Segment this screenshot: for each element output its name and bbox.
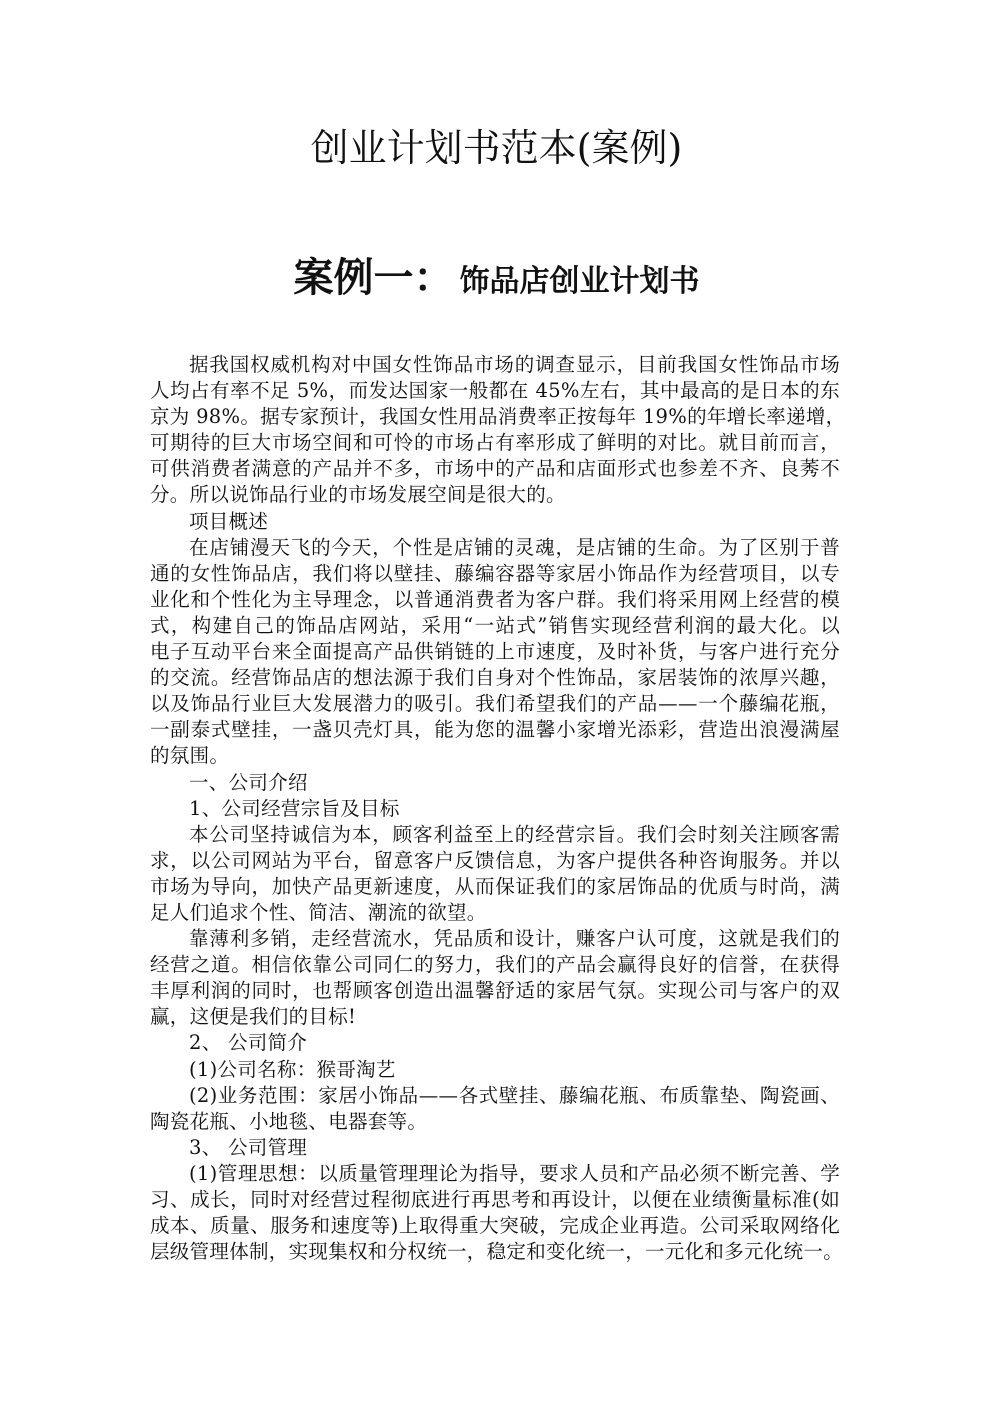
body-line: 分。所以说饰品行业的市场发展空间是很大的。 [150,482,840,508]
body-line: 陶瓷花瓶、小地毯、电器套等。 [150,1109,840,1135]
body-line: 市场为导向，加快产品更新速度，从而保证我们的家居饰品的优质与时尚，满 [150,874,840,900]
body-line: 在店铺漫天飞的今天，个性是店铺的灵魂，是店铺的生命。为了区别于普 [150,535,840,561]
body-line: 2、 公司简介 [150,1030,840,1056]
body-line: 业化和个性化为主导理念，以普通消费者为客户群。我们将采用网上经营的模 [150,587,840,613]
document-body: 据我国权威机构对中国女性饰品市场的调查显示，目前我国女性饰品市场人均占有率不足 … [150,352,840,1265]
body-line: 本公司坚持诚信为本，顾客利益至上的经营宗旨。我们会时刻关注顾客需 [150,822,840,848]
body-line: 求，以公司网站为平台，留意客户反馈信息，为客户提供各种咨询服务。并以 [150,848,840,874]
body-line: 项目概述 [150,509,840,535]
body-line: (1)公司名称：猴哥淘艺 [150,1057,840,1083]
body-line: 的氛围。 [150,743,840,769]
body-line: 足人们追求个性、简洁、潮流的欲望。 [150,900,840,926]
body-line: 丰厚利润的同时，也帮顾客创造出温馨舒适的家居气氛。实现公司与客户的双 [150,978,840,1004]
body-line: 一副泰式壁挂，一盏贝壳灯具，能为您的温馨小家增光添彩，营造出浪漫满屋 [150,717,840,743]
body-line: 经营之道。相信依靠公司同仁的努力，我们的产品会赢得良好的信誉，在获得 [150,952,840,978]
body-line: 电子互动平台来全面提高产品供销链的上市速度，及时补货，与客户进行充分 [150,639,840,665]
document-page: 创业计划书范本(案例) 案例一：饰品店创业计划书 据我国权威机构对中国女性饰品市… [0,0,993,1404]
body-line: 成本、质量、服务和速度等)上取得重大突破，完成企业再造。公司采取网络化 [150,1213,840,1239]
body-line: 通的女性饰品店，我们将以壁挂、藤编容器等家居小饰品作为经营项目，以专 [150,561,840,587]
body-line: 习、成长，同时对经营过程彻底进行再思考和再设计，以便在业绩衡量标准(如 [150,1187,840,1213]
body-line: 赢，这便是我们的目标! [150,1004,840,1030]
body-line: 式，构建自己的饰品店网站，采用“一站式”销售实现经营利润的最大化。以 [150,613,840,639]
body-line: 以及饰品行业巨大发展潜力的吸引。我们希望我们的产品——一个藤编花瓶， [150,691,840,717]
body-line: 的交流。经营饰品店的想法源于我们自身对个性饰品，家居装饰的浓厚兴趣， [150,665,840,691]
body-line: 靠薄利多销，走经营流水，凭品质和设计，赚客户认可度，这就是我们的 [150,926,840,952]
body-line: 可供消费者满意的产品并不多，市场中的产品和店面形式也参差不齐、良莠不 [150,456,840,482]
body-line: 可期待的巨大市场空间和可怜的市场占有率形成了鲜明的对比。就目前而言， [150,430,840,456]
case-label: 案例一： [294,255,454,301]
body-line: (2)业务范围：家居小饰品——各式壁挂、藤编花瓶、布质靠垫、陶瓷画、 [150,1083,840,1109]
body-line: 3、 公司管理 [150,1135,840,1161]
body-line: 1、公司经营宗旨及目标 [150,796,840,822]
body-line: 据我国权威机构对中国女性饰品市场的调查显示，目前我国女性饰品市场 [150,352,840,378]
case-heading: 案例一：饰品店创业计划书 [0,248,993,313]
body-line: 京为 98%。据专家预计，我国女性用品消费率正按每年 19%的年增长率递增， [150,404,840,430]
case-name: 饰品店创业计划书 [460,264,700,299]
body-line: 一、公司介绍 [150,770,840,796]
body-line: 人均占有率不足 5%，而发达国家一般都在 45%左右，其中最高的是日本的东 [150,378,840,404]
body-line: (1)管理思想：以质量管理理论为指导，要求人员和产品必须不断完善、学 [150,1161,840,1187]
body-line: 层级管理体制，实现集权和分权统一，稳定和变化统一，一元化和多元化统一。 [150,1239,840,1265]
document-title: 创业计划书范本(案例) [0,122,993,174]
